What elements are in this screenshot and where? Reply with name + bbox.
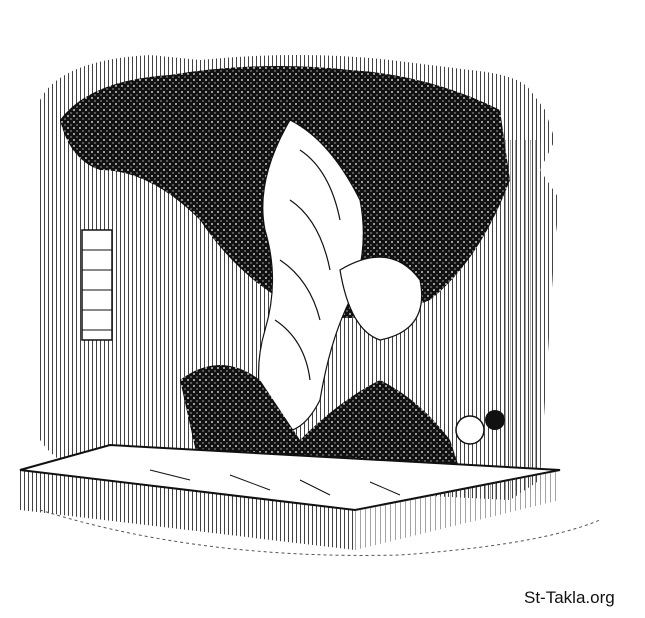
- watermark: St-Takla.org: [524, 588, 615, 608]
- hearth-engraving: [0, 0, 645, 618]
